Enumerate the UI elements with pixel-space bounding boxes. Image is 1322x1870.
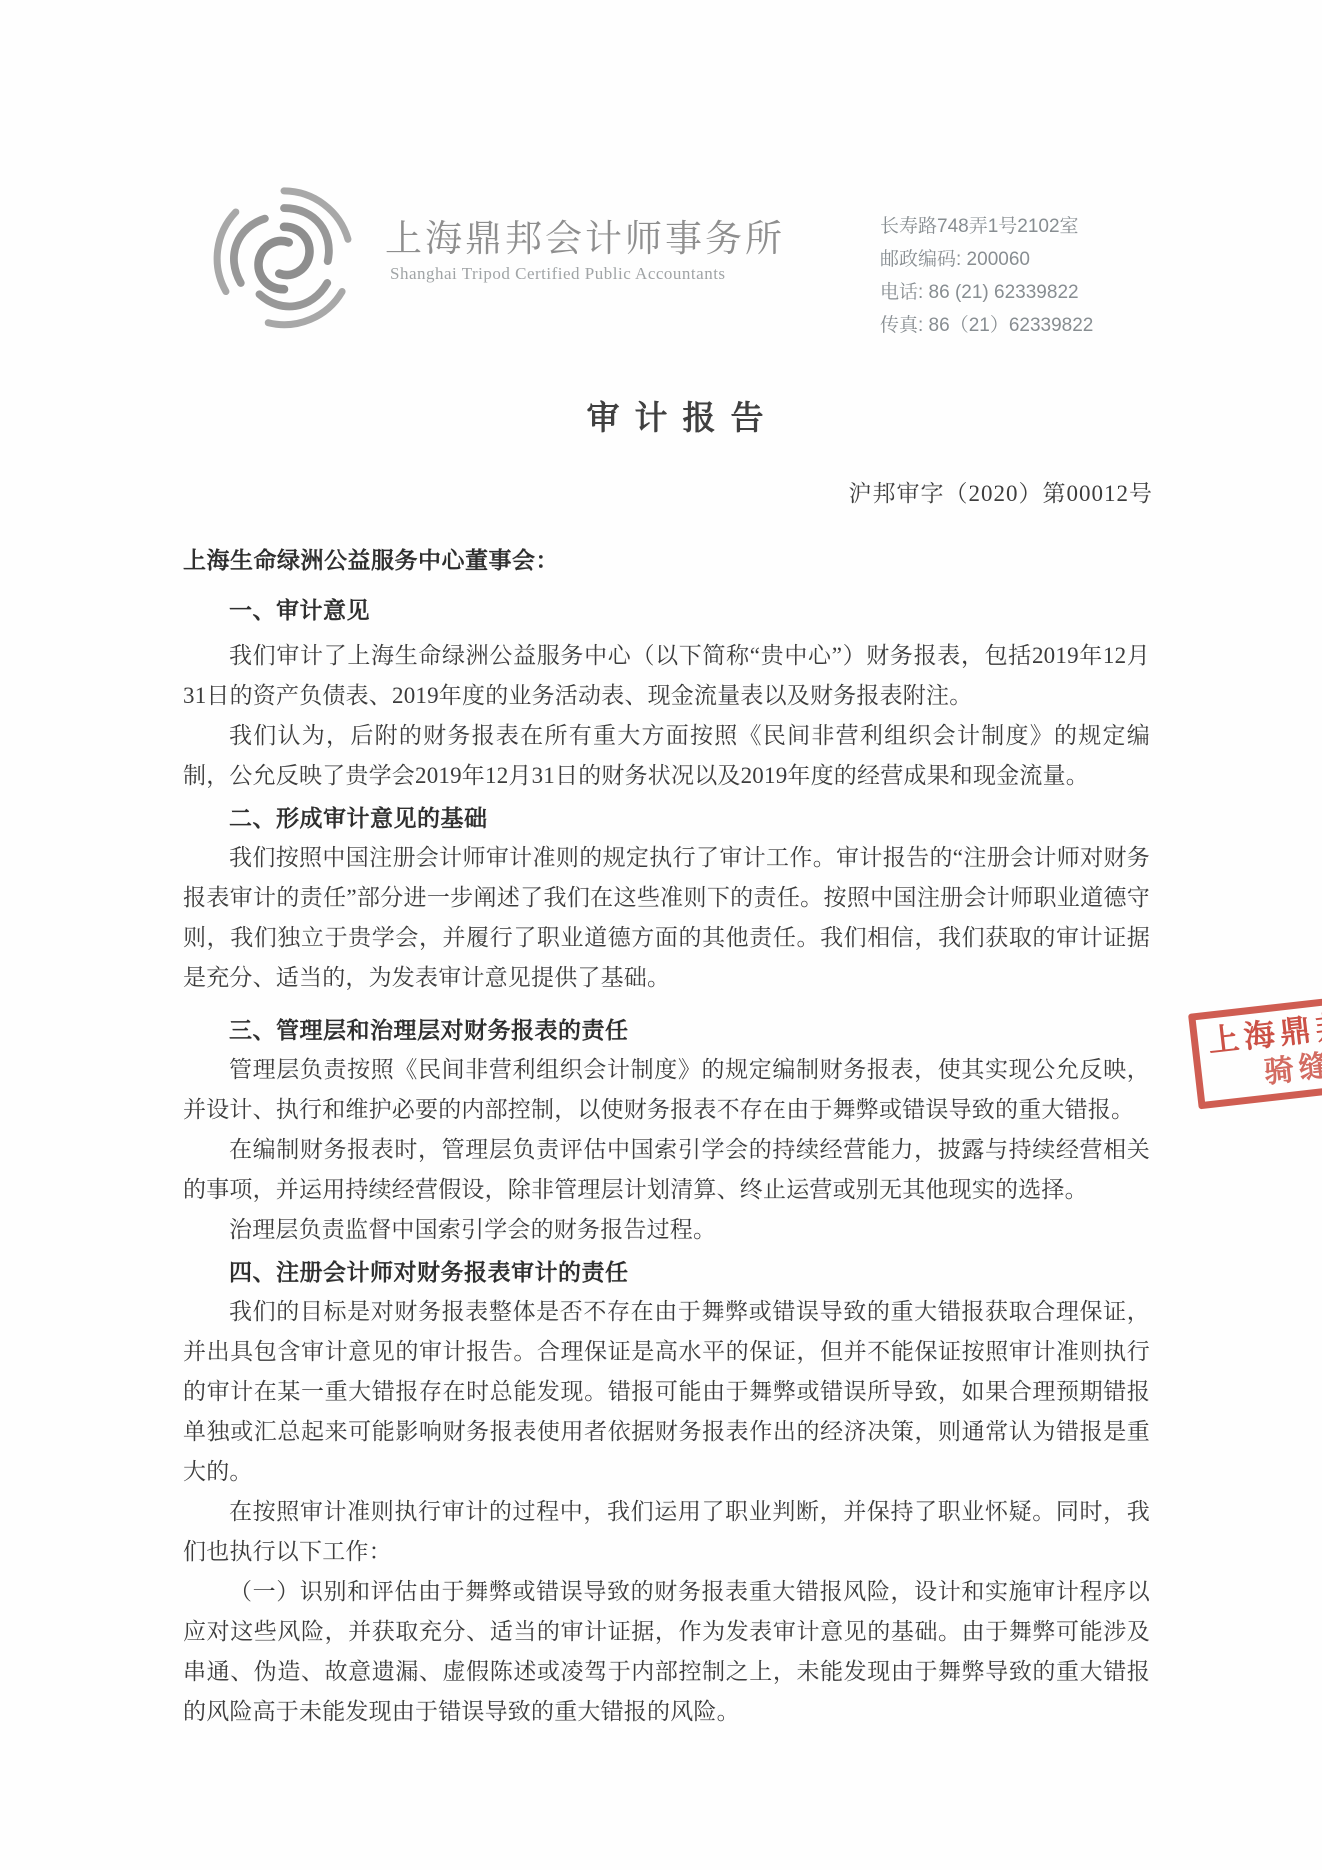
paragraph: 在按照审计准则执行审计的过程中，我们运用了职业判断，并保持了职业怀疑。同时，我们… — [183, 1492, 1150, 1572]
paragraph: 我们审计了上海生命绿洲公益服务中心（以下简称“贵中心”）财务报表，包括2019年… — [183, 636, 1150, 716]
paragraph: 管理层负责按照《民间非营利组织会计制度》的规定编制财务报表，使其实现公允反映，并… — [183, 1050, 1150, 1130]
paragraph: 我们按照中国注册会计师审计准则的规定执行了审计工作。审计报告的“注册会计师对财务… — [183, 838, 1150, 998]
section-heading-3: 三、管理层和治理层对财务报表的责任 — [183, 1010, 1150, 1050]
paragraph: 我们认为，后附的财务报表在所有重大方面按照《民间非营利组织会计制度》的规定编制，… — [183, 716, 1150, 796]
firm-address: 长寿路748弄1号2102室 — [880, 210, 1210, 243]
firm-postcode: 邮政编码: 200060 — [880, 243, 1210, 276]
firm-name-chinese: 上海鼎邦会计师事务所 — [385, 208, 805, 262]
audit-report-page: 上海鼎邦会计师事务所 Shanghai Tripod Certified Pub… — [0, 0, 1322, 1870]
section-heading-1: 一、审计意见 — [183, 590, 1150, 630]
paragraph: （一）识别和评估由于舞弊或错误导致的财务报表重大错报风险，设计和实施审计程序以应… — [183, 1572, 1150, 1732]
section-heading-4: 四、注册会计师对财务报表审计的责任 — [183, 1252, 1150, 1292]
red-paging-seal-stamp: 上海鼎邦会 骑缝章 — [1188, 988, 1322, 1109]
paragraph: 在编制财务报表时，管理层负责评估中国索引学会的持续经营能力，披露与持续经营相关的… — [183, 1130, 1150, 1210]
report-body: 上海生命绿洲公益服务中心董事会： 一、审计意见 我们审计了上海生命绿洲公益服务中… — [183, 540, 1150, 1732]
section-heading-2: 二、形成审计意见的基础 — [183, 798, 1150, 838]
firm-contact-block: 长寿路748弄1号2102室 邮政编码: 200060 电话: 86 (21) … — [880, 210, 1210, 342]
firm-swirl-logo-icon — [206, 180, 362, 336]
firm-name-english: Shanghai Tripod Certified Public Account… — [390, 264, 830, 284]
report-reference-number: 沪邦审字（2020）第00012号 — [0, 475, 1153, 508]
paragraph: 治理层负责监督中国索引学会的财务报告过程。 — [183, 1210, 1150, 1250]
firm-phone: 电话: 86 (21) 62339822 — [880, 276, 1210, 309]
document-title: 审计报告 — [14, 392, 1322, 439]
paragraph: 我们的目标是对财务报表整体是否不存在由于舞弊或错误导致的重大错报获取合理保证，并… — [183, 1292, 1150, 1492]
addressee-line: 上海生命绿洲公益服务中心董事会： — [183, 540, 1150, 580]
firm-fax: 传真: 86（21）62339822 — [880, 309, 1210, 342]
